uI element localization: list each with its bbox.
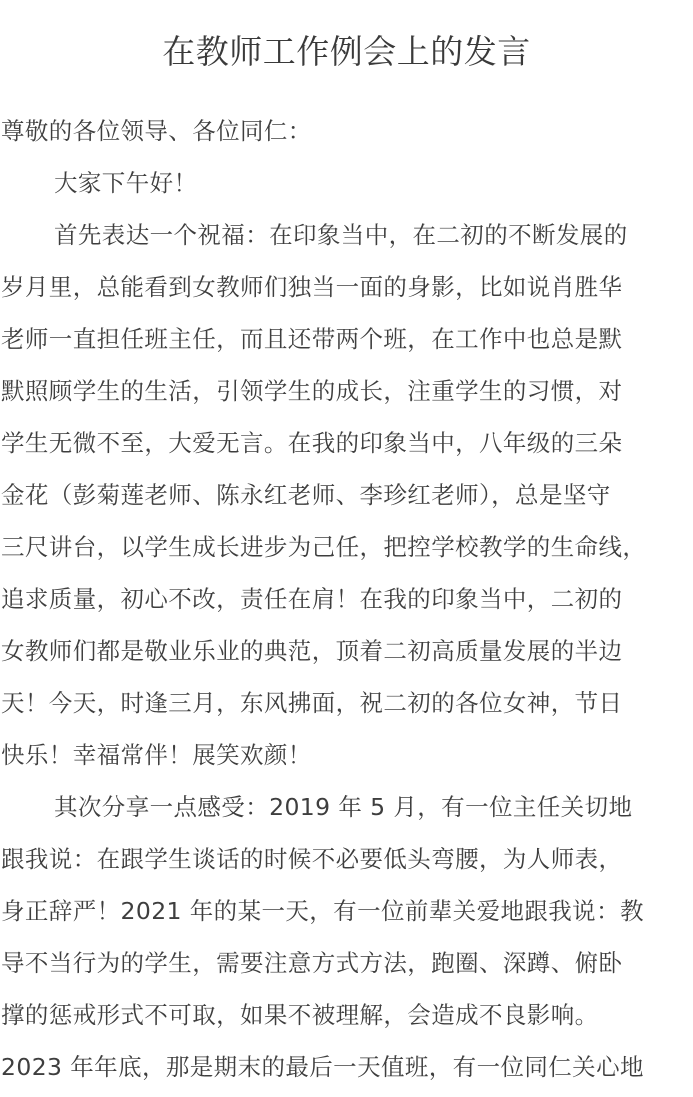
salutation-line: 尊敬的各位领导、各位同仁： [1, 105, 693, 157]
paragraph-line: 默照顾学生的生活，引领学生的成长，注重学生的习惯，对 [1, 365, 693, 417]
paragraph-line: 天！今天，时逢三月，东风拂面，祝二初的各位女神，节日 [1, 677, 693, 729]
paragraph-line: 身正辞严！2021 年的某一天，有一位前辈关爱地跟我说：教 [1, 885, 693, 937]
paragraph-line: 快乐！幸福常伴！展笑欢颜！ [1, 729, 693, 781]
paragraph-line: 金花（彭菊莲老师、陈永红老师、李珍红老师），总是坚守 [1, 469, 693, 521]
paragraph-line: 追求质量，初心不改，责任在肩！在我的印象当中，二初的 [1, 573, 693, 625]
paragraph-line: 导不当行为的学生，需要注意方式方法，跑圈、深蹲、俯卧 [1, 937, 693, 989]
paragraph-line: 跟我说：在跟学生谈话的时候不必要低头弯腰，为人师表， [1, 833, 693, 885]
greeting-line: 大家下午好！ [1, 157, 693, 209]
document-title: 在教师工作例会上的发言 [0, 28, 693, 76]
paragraph-line: 岁月里，总能看到女教师们独当一面的身影，比如说肖胜华 [1, 261, 693, 313]
document-body: 尊敬的各位领导、各位同仁： 大家下午好！ 首先表达一个祝福：在印象当中，在二初的… [1, 105, 693, 1093]
paragraph-line: 撑的惩戒形式不可取，如果不被理解，会造成不良影响。 [1, 989, 693, 1041]
paragraph-line: 学生无微不至，大爱无言。在我的印象当中，八年级的三朵 [1, 417, 693, 469]
paragraph-line: 2023 年年底，那是期末的最后一天值班，有一位同仁关心地 [1, 1041, 693, 1093]
paragraph-line: 首先表达一个祝福：在印象当中，在二初的不断发展的 [1, 209, 693, 261]
paragraph-line: 女教师们都是敬业乐业的典范，顶着二初高质量发展的半边 [1, 625, 693, 677]
paragraph-line: 其次分享一点感受：2019 年 5 月，有一位主任关切地 [1, 781, 693, 833]
paragraph-line: 三尺讲台，以学生成长进步为己任，把控学校教学的生命线， [1, 521, 693, 573]
paragraph-line: 老师一直担任班主任，而且还带两个班，在工作中也总是默 [1, 313, 693, 365]
